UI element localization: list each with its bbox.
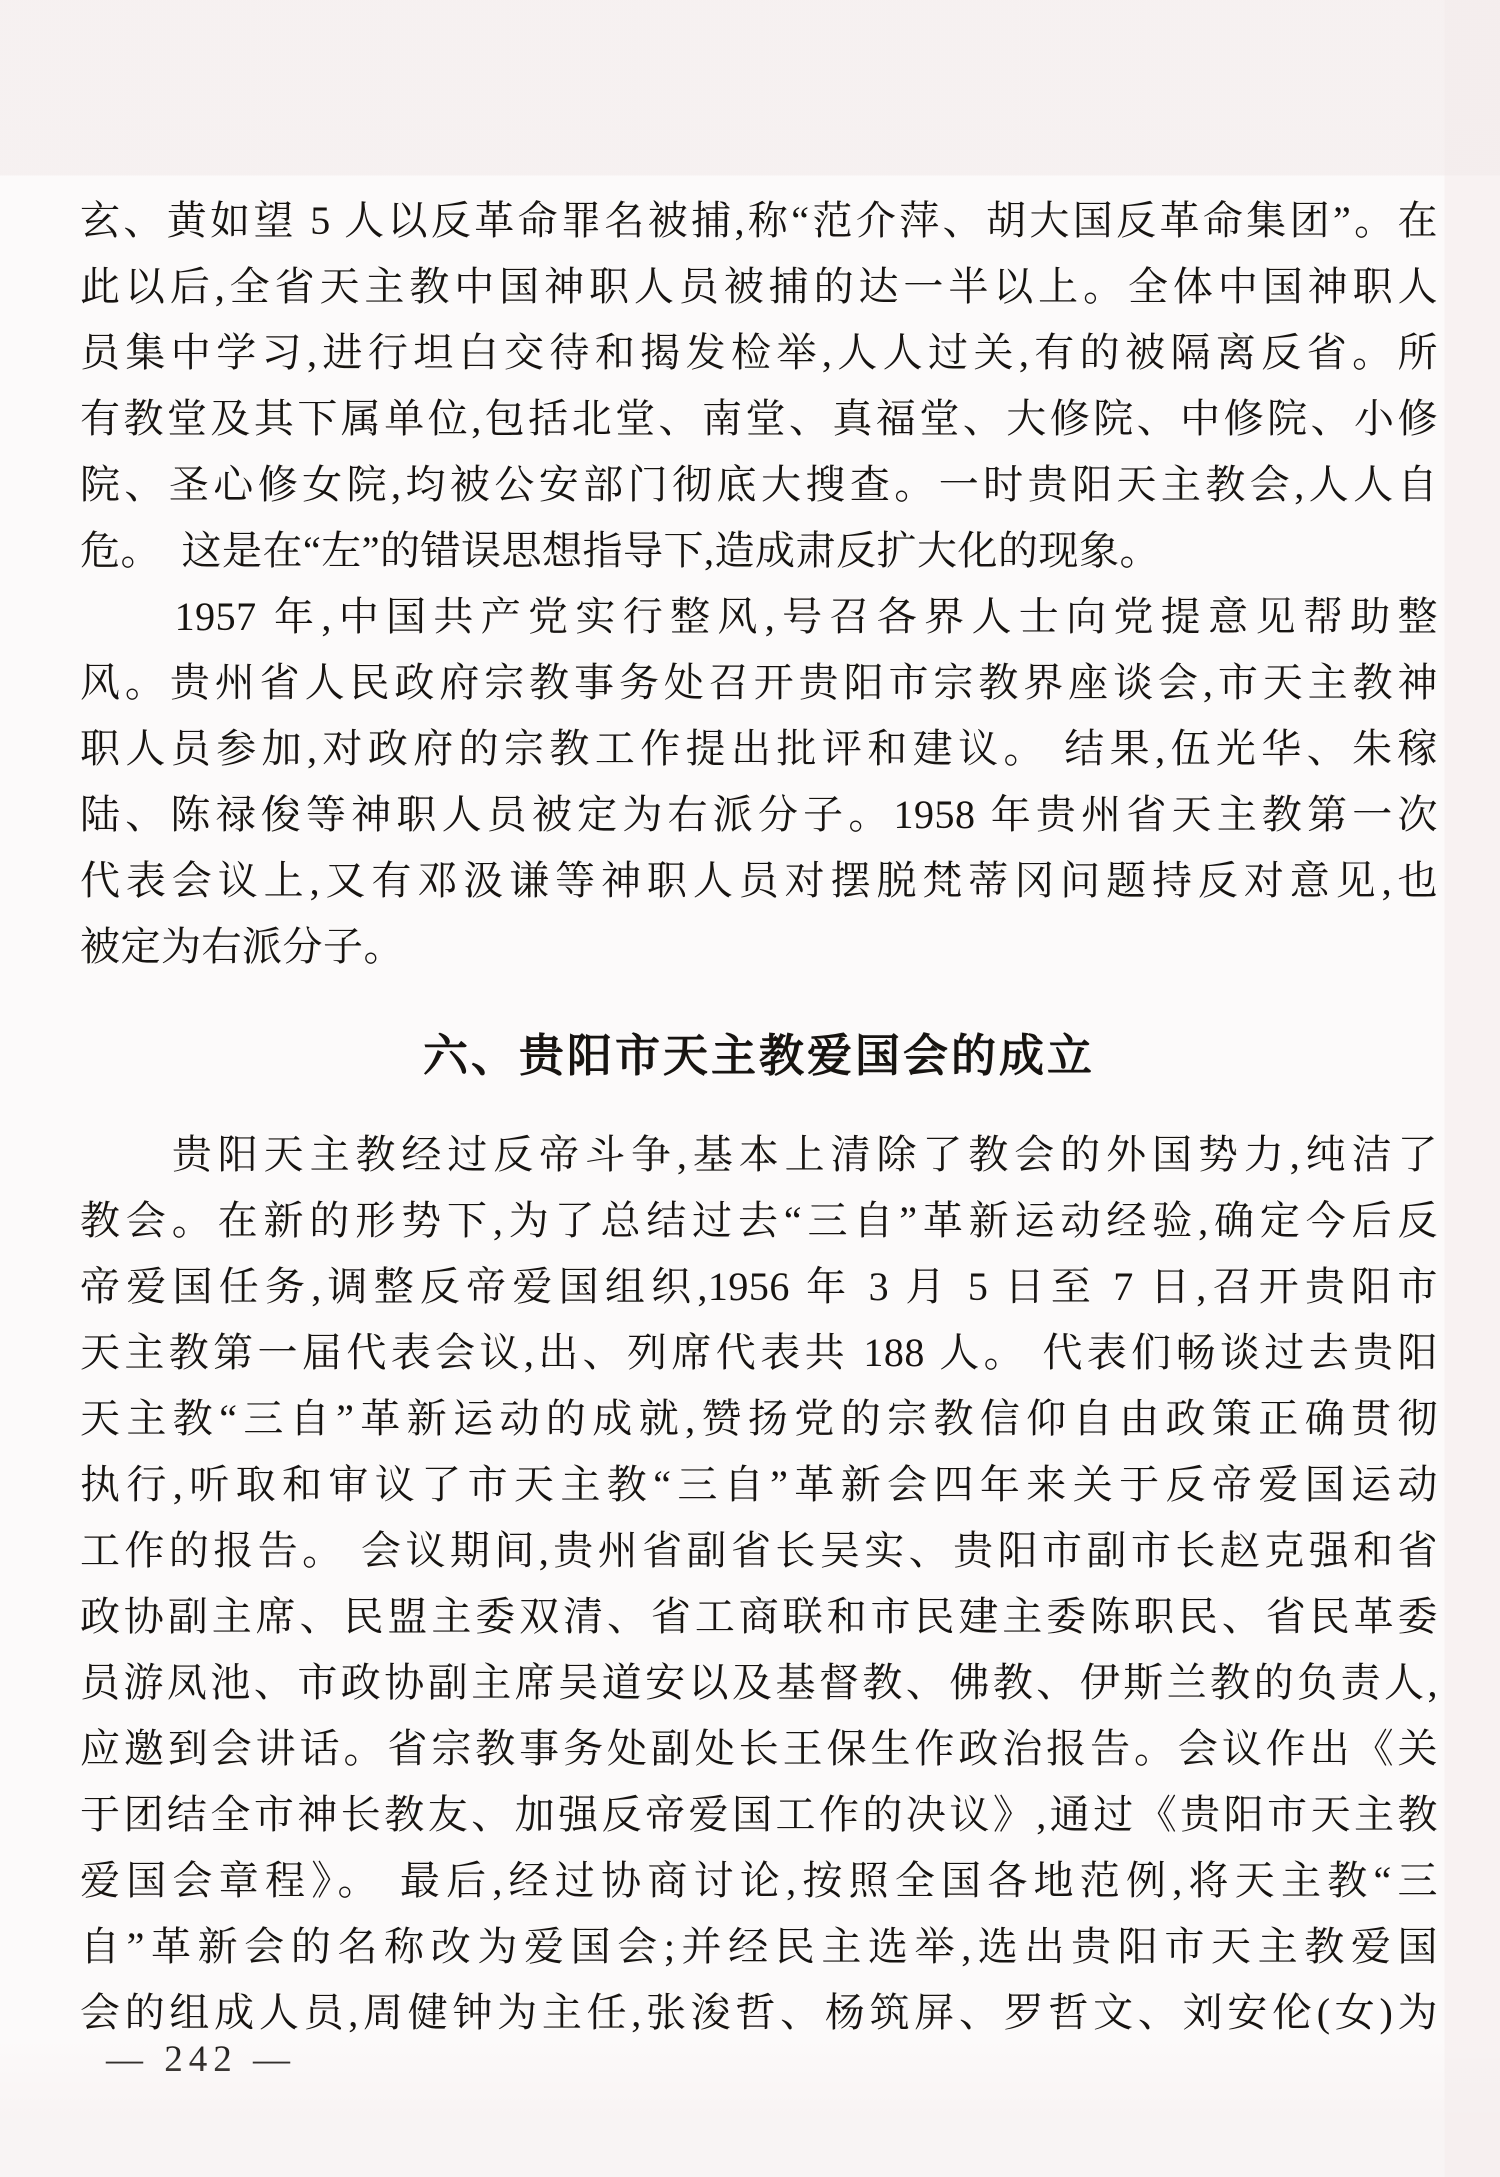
text-line: 员游凤池、市政协副主席吴道安以及基督教、佛教、伊斯兰教的负责人, (80, 1650, 1438, 1716)
text-line: 代表会议上,又有邓汲谦等神职人员对摆脱梵蒂冈问题持反对意见,也 (80, 848, 1438, 914)
text-line: 帝爱国任务,调整反帝爱国组织,1956 年 3 月 5 日至 7 日,召开贵阳市 (80, 1254, 1438, 1320)
scanned-page: 玄、黄如望 5 人以反革命罪名被捕,称“范介萍、胡大国反革命集团”。在此以后,全… (0, 0, 1500, 2177)
text-line: 政协副主席、民盟主委双清、省工商联和市民建主委陈职民、省民革委 (80, 1584, 1438, 1650)
text-line: 工作的报告。 会议期间,贵州省副省长吴实、贵阳市副市长赵克强和省 (80, 1518, 1438, 1584)
text-line: 陆、陈禄俊等神职人员被定为右派分子。1958 年贵州省天主教第一次 (80, 782, 1438, 848)
text-line: 会的组成人员,周健钟为主任,张浚哲、杨筑屏、罗哲文、刘安伦(女)为 (80, 1980, 1438, 2046)
text-line: 1957 年,中国共产党实行整风,号召各界人士向党提意见帮助整 (80, 584, 1438, 650)
text-line: 此以后,全省天主教中国神职人员被捕的达一半以上。全体中国神职人 (80, 254, 1438, 320)
paragraph-aiguohui-founding: 贵阳天主教经过反帝斗争,基本上清除了教会的外国势力,纯洁了教会。在新的形势下,为… (80, 1122, 1438, 2046)
text-line: 天主教第一届代表会议,出、列席代表共 188 人。 代表们畅谈过去贵阳 (80, 1320, 1438, 1386)
text-line: 应邀到会讲话。省宗教事务处副处长王保生作政治报告。会议作出《关 (80, 1716, 1438, 1782)
text-line: 天主教“三自”革新运动的成就,赞扬党的宗教信仰自由政策正确贯彻 (80, 1386, 1438, 1452)
section-heading: 六、贵阳市天主教爱国会的成立 (80, 1020, 1438, 1092)
text-line: 爱国会章程》。 最后,经过协商讨论,按照全国各地范例,将天主教“三 (80, 1848, 1438, 1914)
text-line: 贵阳天主教经过反帝斗争,基本上清除了教会的外国势力,纯洁了 (80, 1122, 1438, 1188)
text-line: 教会。在新的形势下,为了总结过去“三自”革新运动经验,确定今后反 (80, 1188, 1438, 1254)
text-line: 员集中学习,进行坦白交待和揭发检举,人人过关,有的被隔离反省。所 (80, 320, 1438, 386)
text-line: 院、圣心修女院,均被公安部门彻底大搜查。一时贵阳天主教会,人人自 (80, 452, 1438, 518)
text-line: 风。贵州省人民政府宗教事务处召开贵阳市宗教界座谈会,市天主教神 (80, 650, 1438, 716)
text-line: 职人员参加,对政府的宗教工作提出批评和建议。 结果,伍光华、朱稼 (80, 716, 1438, 782)
page-number: — 242 — (106, 2038, 296, 2081)
paragraph-sufan-continuation: 玄、黄如望 5 人以反革命罪名被捕,称“范介萍、胡大国反革命集团”。在此以后,全… (80, 188, 1438, 584)
paragraph-zhengfeng-1957: 1957 年,中国共产党实行整风,号召各界人士向党提意见帮助整风。贵州省人民政府… (80, 584, 1438, 980)
text-line: 被定为右派分子。 (80, 914, 1438, 980)
text-line: 有教堂及其下属单位,包括北堂、南堂、真福堂、大修院、中修院、小修 (80, 386, 1438, 452)
text-line: 危。 这是在“左”的错误思想指导下,造成肃反扩大化的现象。 (80, 518, 1438, 584)
text-line: 自”革新会的名称改为爱国会;并经民主选举,选出贵阳市天主教爱国 (80, 1914, 1438, 1980)
text-line: 玄、黄如望 5 人以反革命罪名被捕,称“范介萍、胡大国反革命集团”。在 (80, 188, 1438, 254)
body-text-block: 玄、黄如望 5 人以反革命罪名被捕,称“范介萍、胡大国反革命集团”。在此以后,全… (80, 188, 1438, 2046)
text-line: 执行,听取和审议了市天主教“三自”革新会四年来关于反帝爱国运动 (80, 1452, 1438, 1518)
text-line: 于团结全市神长教友、加强反帝爱国工作的决议》,通过《贵阳市天主教 (80, 1782, 1438, 1848)
